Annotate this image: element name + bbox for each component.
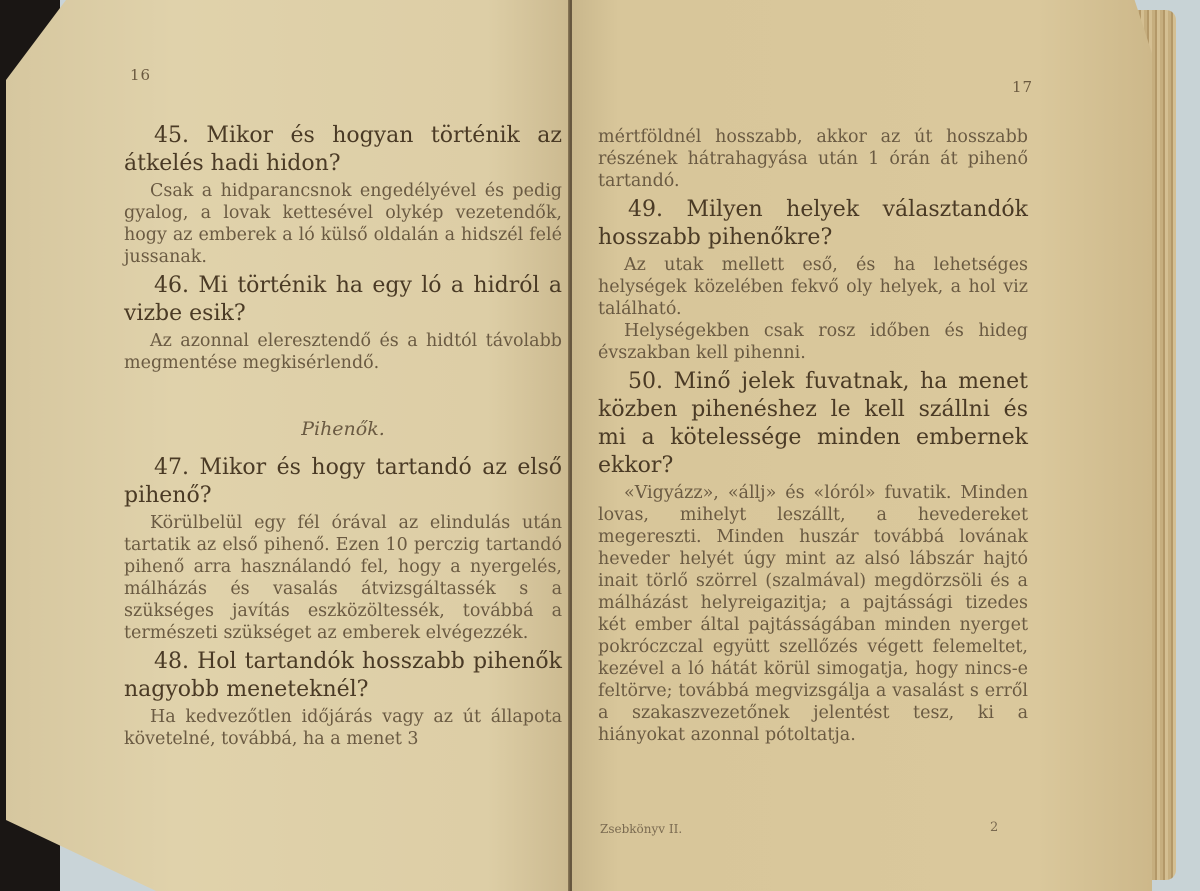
question-text: Milyen helyek választandók hosszabb pihe… xyxy=(598,197,1028,250)
question-number: 47. xyxy=(124,455,189,480)
question-text: Mikor és hogyan történik az átkelés hadi… xyxy=(124,123,562,176)
question-text: Minő jelek fuvatnak, ha menet közben pih… xyxy=(598,369,1028,478)
sheet-number: 2 xyxy=(990,820,998,835)
answer-48-continued: mértföldnél hosszabb, akkor az út hossza… xyxy=(598,126,1028,192)
question-number: 46. xyxy=(124,273,189,298)
question-50: 50. Minő jelek fuvatnak, ha menet közben… xyxy=(598,368,1028,480)
question-47: 47. Mikor és hogy tartandó az első pihen… xyxy=(124,454,562,510)
answer-49: Az utak mellett eső, és ha lehetséges he… xyxy=(598,254,1028,320)
answer-50: «Vigyázz», «állj» és «lóról» fuvatik. Mi… xyxy=(598,482,1028,746)
question-text: Mi történik ha egy ló a hidról a vizbe e… xyxy=(124,273,562,326)
answer-48: Ha kedvezőtlen időjárás vagy az út állap… xyxy=(124,706,562,750)
answer-47: Körülbelül egy fél órával az elindulás u… xyxy=(124,512,562,644)
answer-49-note: Helységekben csak rosz időben és hideg é… xyxy=(598,320,1028,364)
question-number: 50. xyxy=(598,369,663,394)
printer-signature: Zsebkönyv II. xyxy=(600,822,682,836)
question-48: 48. Hol tartandók hosszabb pihenők nagyo… xyxy=(124,648,562,704)
section-title: Pihenők. xyxy=(124,418,562,440)
question-number: 45. xyxy=(124,123,189,148)
right-page-text: mértföldnél hosszabb, akkor az út hossza… xyxy=(598,126,1028,746)
left-page: 16 45. Mikor és hogyan történik az átkel… xyxy=(6,0,572,891)
answer-46: Az azonnal eleresztendő és a hidtól távo… xyxy=(124,330,562,374)
page-number-left: 16 xyxy=(130,66,151,84)
right-page: 17 mértföldnél hosszabb, akkor az út hos… xyxy=(572,0,1152,891)
question-49: 49. Milyen helyek választandók hosszabb … xyxy=(598,196,1028,252)
question-number: 49. xyxy=(598,197,663,222)
question-text: Mikor és hogy tartandó az első pihenő? xyxy=(124,455,562,508)
answer-45: Csak a hidparancsnok engedélyével és ped… xyxy=(124,180,562,268)
left-page-text: 45. Mikor és hogyan történik az átkelés … xyxy=(124,118,562,750)
page-number-right: 17 xyxy=(1012,78,1033,96)
question-text: Hol tartandók hosszabb pihenők nagyobb m… xyxy=(124,649,562,702)
open-book: 16 45. Mikor és hogyan történik az átkel… xyxy=(6,0,1166,891)
question-45: 45. Mikor és hogyan történik az átkelés … xyxy=(124,122,562,178)
question-number: 48. xyxy=(124,649,189,674)
question-46: 46. Mi történik ha egy ló a hidról a viz… xyxy=(124,272,562,328)
